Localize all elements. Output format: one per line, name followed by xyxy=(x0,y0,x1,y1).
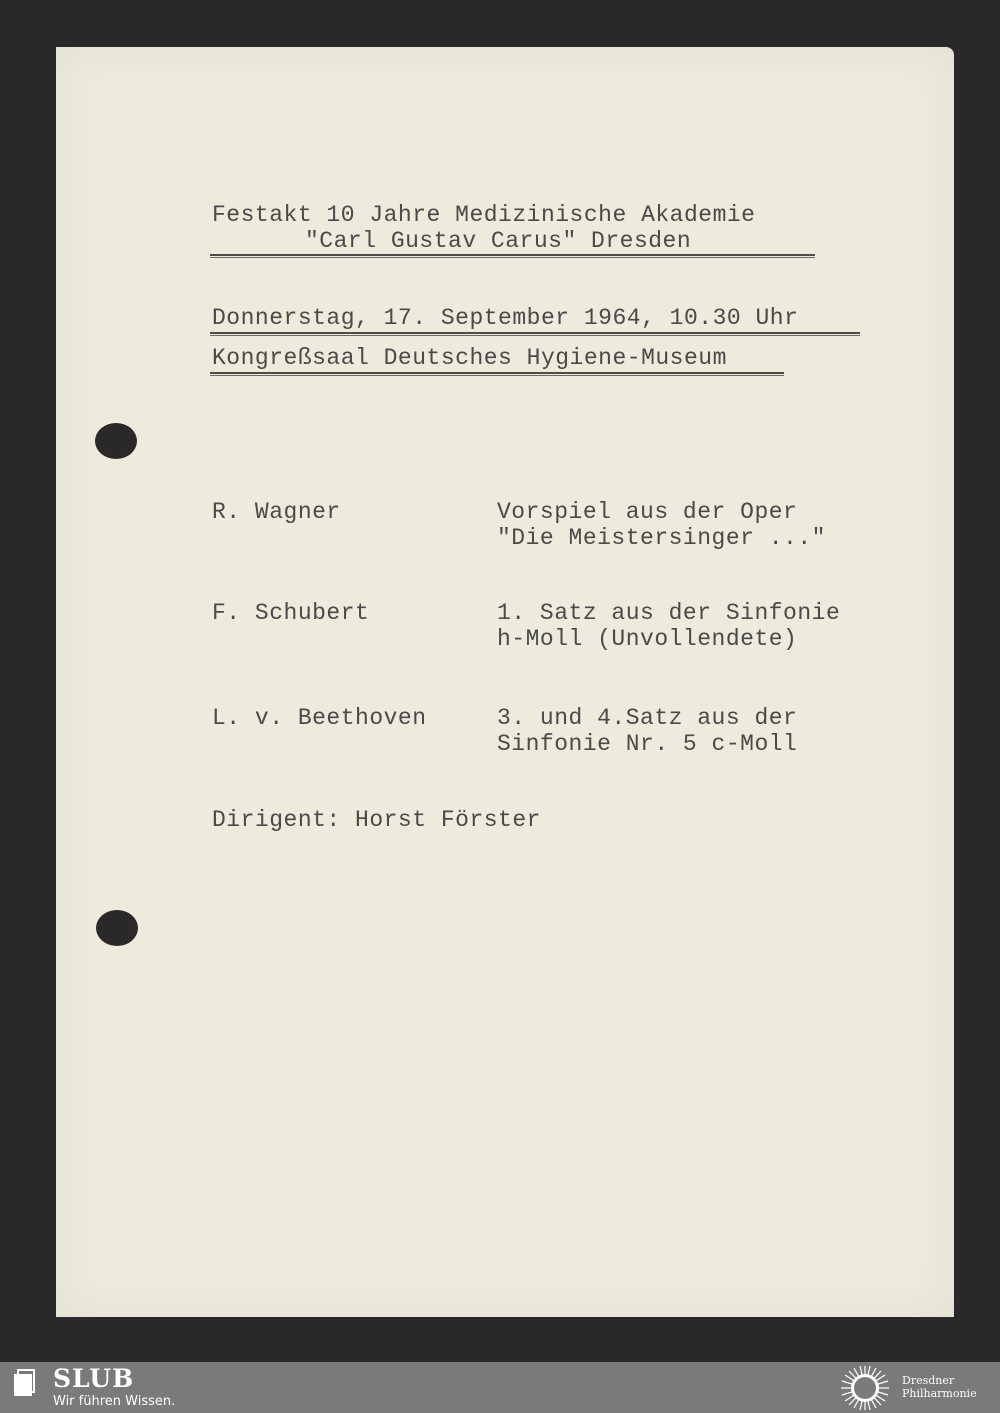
program-work-line-1: 1. Satz aus der Sinfonie xyxy=(497,600,840,626)
slub-tagline: Wir führen Wissen. xyxy=(53,1394,175,1409)
date-underline xyxy=(210,332,860,336)
dp-name-line-1: Dresdner xyxy=(902,1374,977,1387)
title-line-1: Festakt 10 Jahre Medizinische Akademie xyxy=(212,202,756,228)
program-composer: L. v. Beethoven xyxy=(212,705,427,731)
dresdner-philharmonie-sun-icon xyxy=(840,1365,890,1411)
conductor-line: Dirigent: Horst Förster xyxy=(212,807,541,833)
date-line: Donnerstag, 17. September 1964, 10.30 Uh… xyxy=(212,305,798,331)
venue-line: Kongreßsaal Deutsches Hygiene-Museum xyxy=(212,345,727,371)
punch-hole-bottom xyxy=(96,910,138,946)
title-line-2: "Carl Gustav Carus" Dresden xyxy=(305,228,691,254)
program-work-line-1: Vorspiel aus der Oper xyxy=(497,499,797,525)
slub-book-icon xyxy=(14,1368,40,1396)
program-work-line-1: 3. und 4.Satz aus der xyxy=(497,705,797,731)
punch-hole-top xyxy=(95,423,137,459)
program-composer: R. Wagner xyxy=(212,499,341,525)
slub-name: SLUB xyxy=(53,1364,134,1393)
venue-underline xyxy=(210,372,784,376)
program-work-line-2: h-Moll (Unvollendete) xyxy=(497,626,797,652)
dp-name-line-2: Philharmonie xyxy=(902,1387,977,1400)
program-composer: F. Schubert xyxy=(212,600,369,626)
dresdner-philharmonie-name: Dresdner Philharmonie xyxy=(902,1374,977,1400)
footer-bar: SLUB Wir führen Wissen. Dresdner xyxy=(0,1362,1000,1413)
program-work-line-2: Sinfonie Nr. 5 c-Moll xyxy=(497,731,797,757)
program-work-line-2: "Die Meistersinger ..." xyxy=(497,525,826,551)
title-underline xyxy=(210,254,815,258)
